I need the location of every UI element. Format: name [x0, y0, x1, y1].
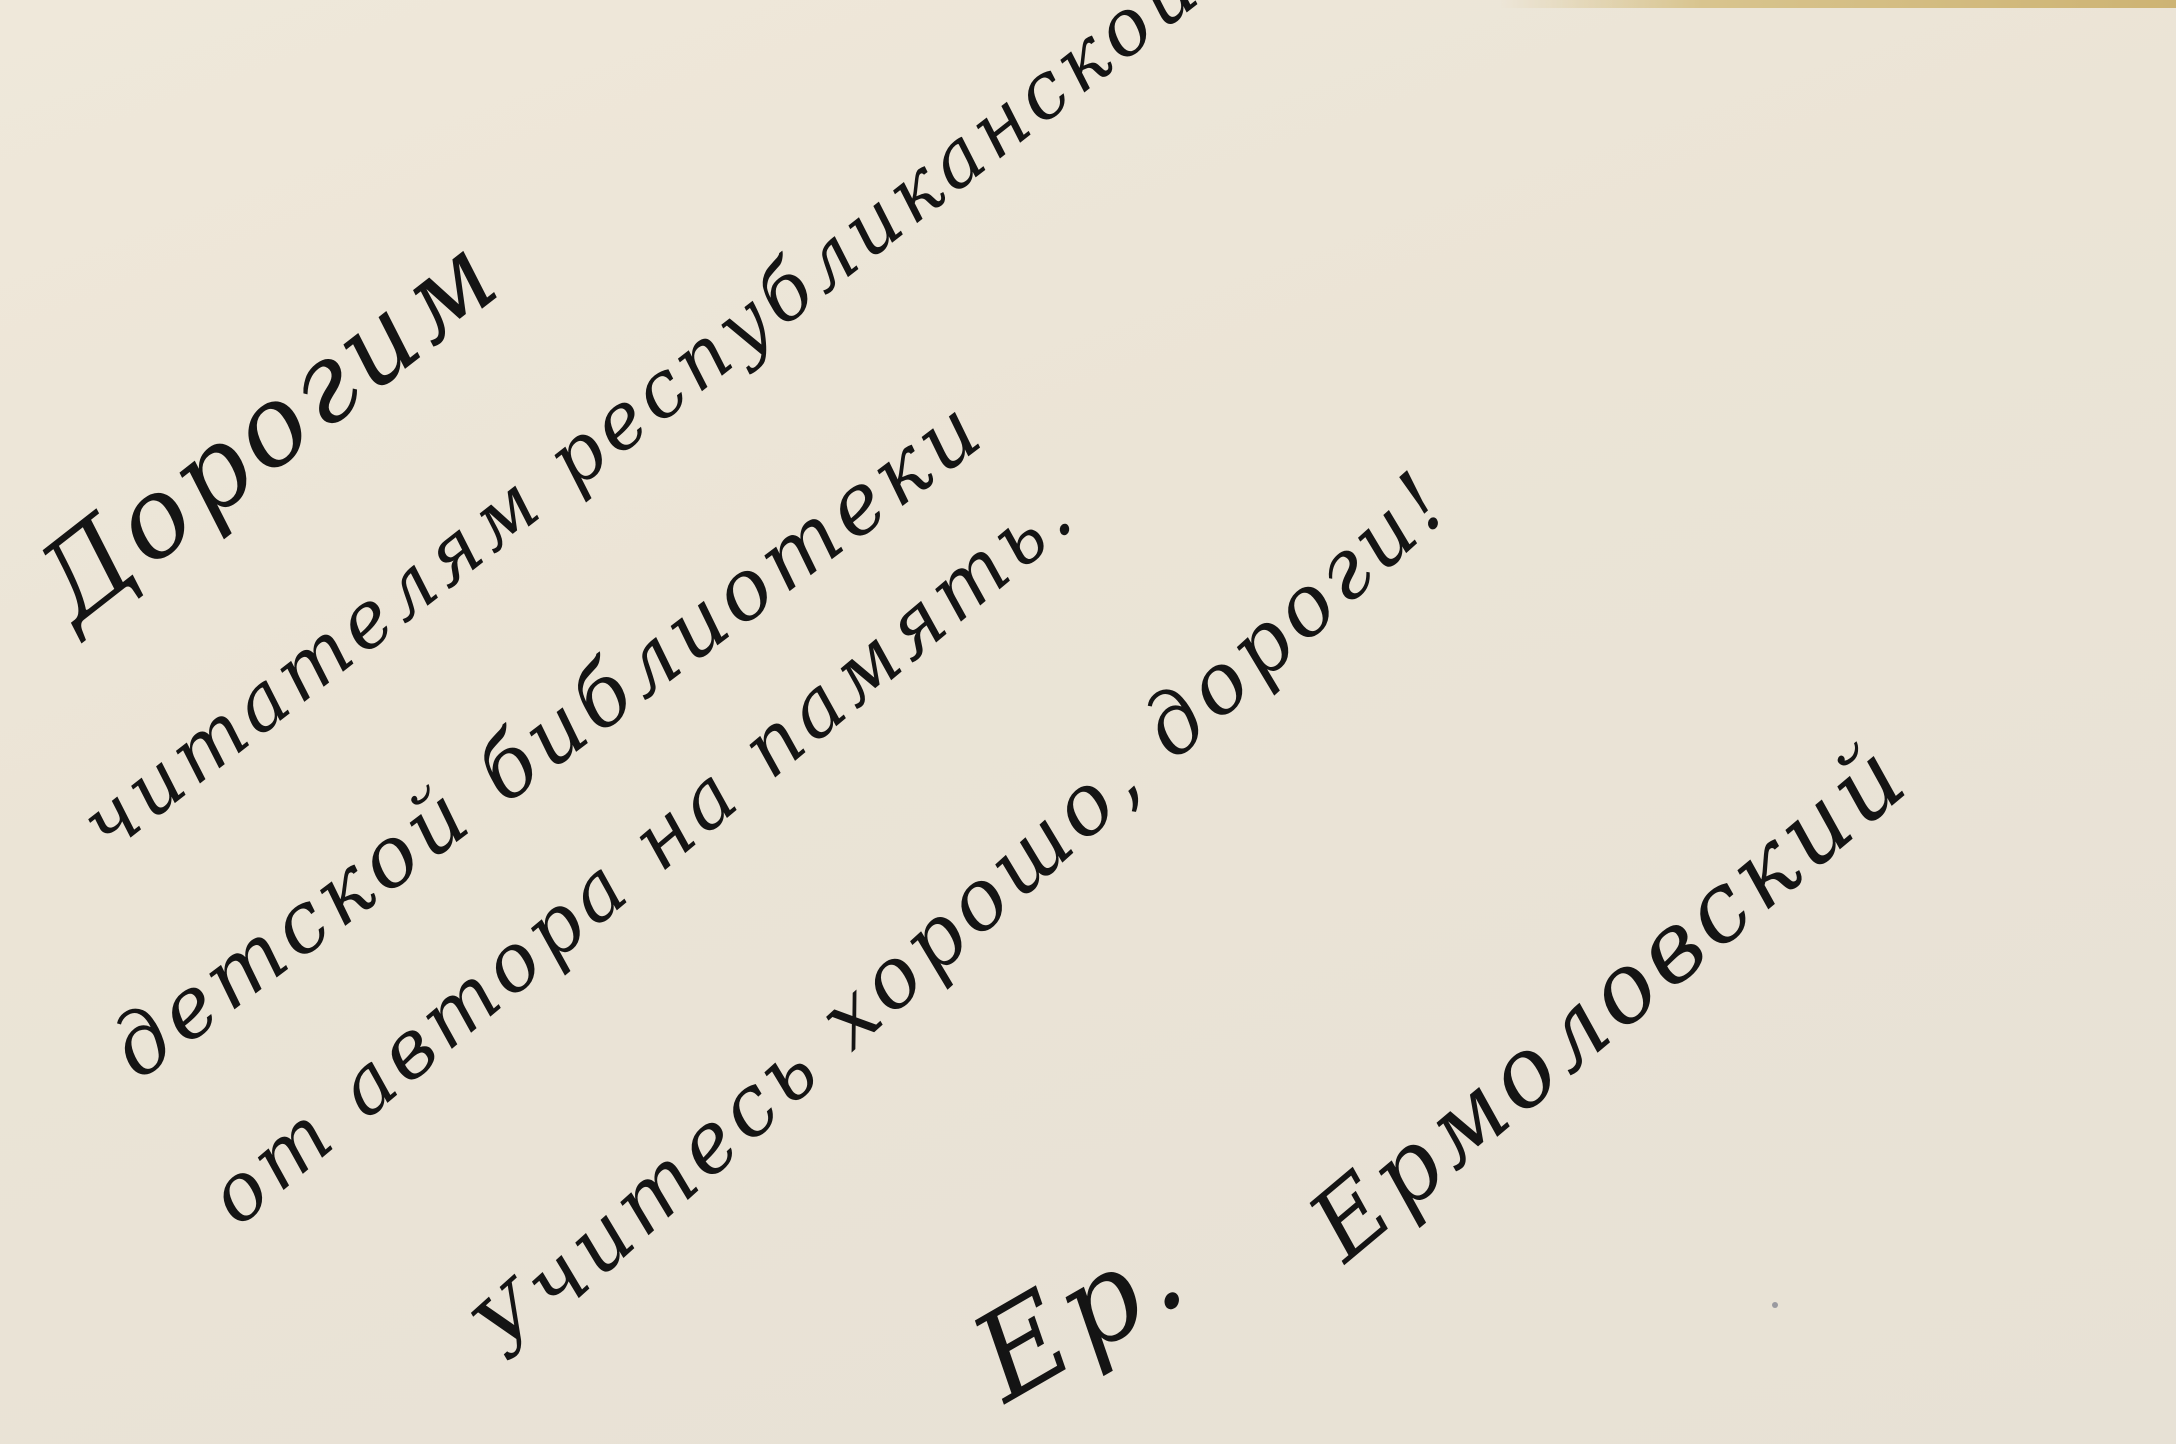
signature-initials: Ер.: [951, 1198, 1212, 1429]
signature-name: Ермоловский: [1288, 718, 1930, 1282]
paper-top-edge: [1500, 0, 2176, 8]
paper-speck: [1772, 1302, 1778, 1308]
